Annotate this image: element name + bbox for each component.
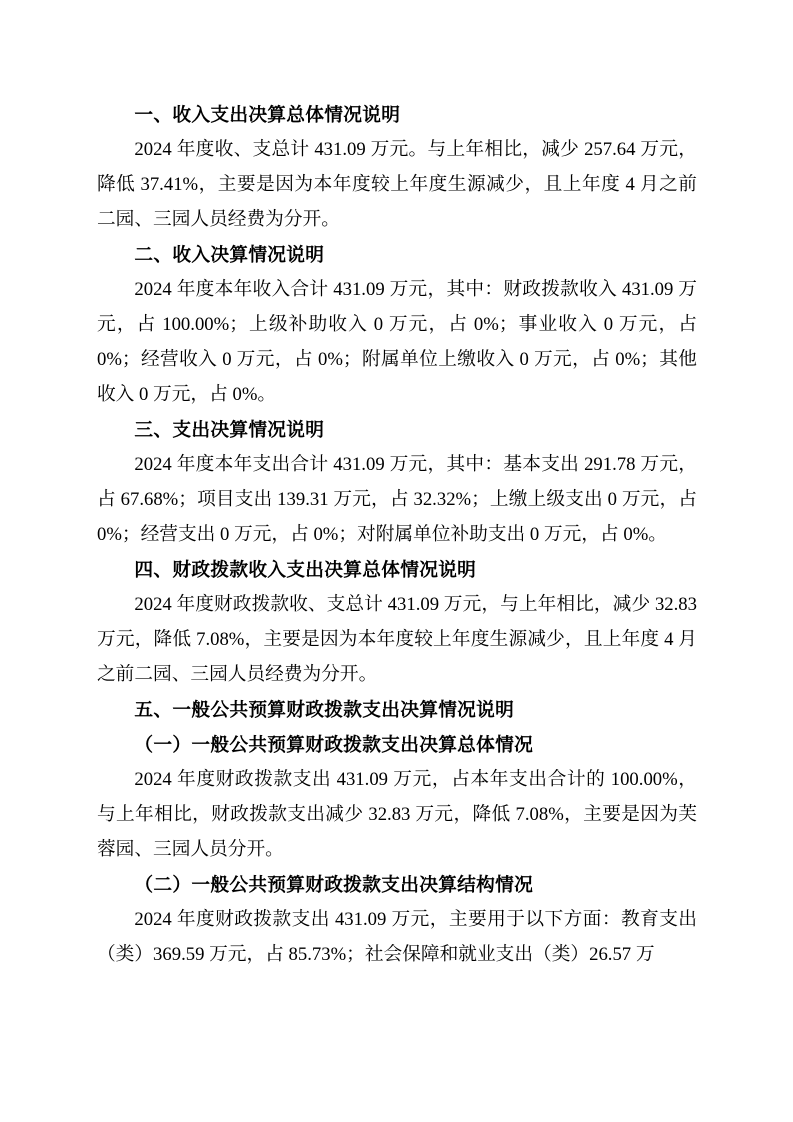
subsection-heading-expenditure-overall-situation: （一）一般公共预算财政拨款支出决算总体情况 <box>97 727 697 762</box>
section-paragraph-income-expenditure-overall: 2024 年度收、支总计 431.09 万元。与上年相比，减少 257.64 万… <box>97 132 697 237</box>
section-paragraph-income-final-accounts: 2024 年度本年收入合计 431.09 万元，其中：财政拨款收入 431.09… <box>97 272 697 412</box>
section-heading-general-public-budget-expenditure: 五、一般公共预算财政拨款支出决算情况说明 <box>97 692 697 727</box>
subsection-heading-expenditure-structure-situation: （二）一般公共预算财政拨款支出决算结构情况 <box>97 867 697 902</box>
subsection-paragraph-expenditure-structure-situation: 2024 年度财政拨款支出 431.09 万元，主要用于以下方面：教育支出（类）… <box>97 902 697 972</box>
section-heading-income-expenditure-overall: 一、收入支出决算总体情况说明 <box>97 97 697 132</box>
section-general-public-budget-expenditure: 五、一般公共预算财政拨款支出决算情况说明 （一）一般公共预算财政拨款支出决算总体… <box>97 692 697 972</box>
section-paragraph-fiscal-appropriation-overall: 2024 年度财政拨款收、支总计 431.09 万元，与上年相比，减少 32.8… <box>97 587 697 692</box>
section-heading-expenditure-final-accounts: 三、支出决算情况说明 <box>97 412 697 447</box>
section-income-final-accounts: 二、收入决算情况说明 2024 年度本年收入合计 431.09 万元，其中：财政… <box>97 237 697 412</box>
document-page: 一、收入支出决算总体情况说明 2024 年度收、支总计 431.09 万元。与上… <box>0 0 793 1122</box>
section-fiscal-appropriation-overall: 四、财政拨款收入支出决算总体情况说明 2024 年度财政拨款收、支总计 431.… <box>97 552 697 692</box>
section-expenditure-final-accounts: 三、支出决算情况说明 2024 年度本年支出合计 431.09 万元，其中：基本… <box>97 412 697 552</box>
section-income-expenditure-overall: 一、收入支出决算总体情况说明 2024 年度收、支总计 431.09 万元。与上… <box>97 97 697 237</box>
section-paragraph-expenditure-final-accounts: 2024 年度本年支出合计 431.09 万元，其中：基本支出 291.78 万… <box>97 447 697 552</box>
section-heading-income-final-accounts: 二、收入决算情况说明 <box>97 237 697 272</box>
section-heading-fiscal-appropriation-overall: 四、财政拨款收入支出决算总体情况说明 <box>97 552 697 587</box>
subsection-paragraph-expenditure-overall-situation: 2024 年度财政拨款支出 431.09 万元，占本年支出合计的 100.00%… <box>97 762 697 867</box>
